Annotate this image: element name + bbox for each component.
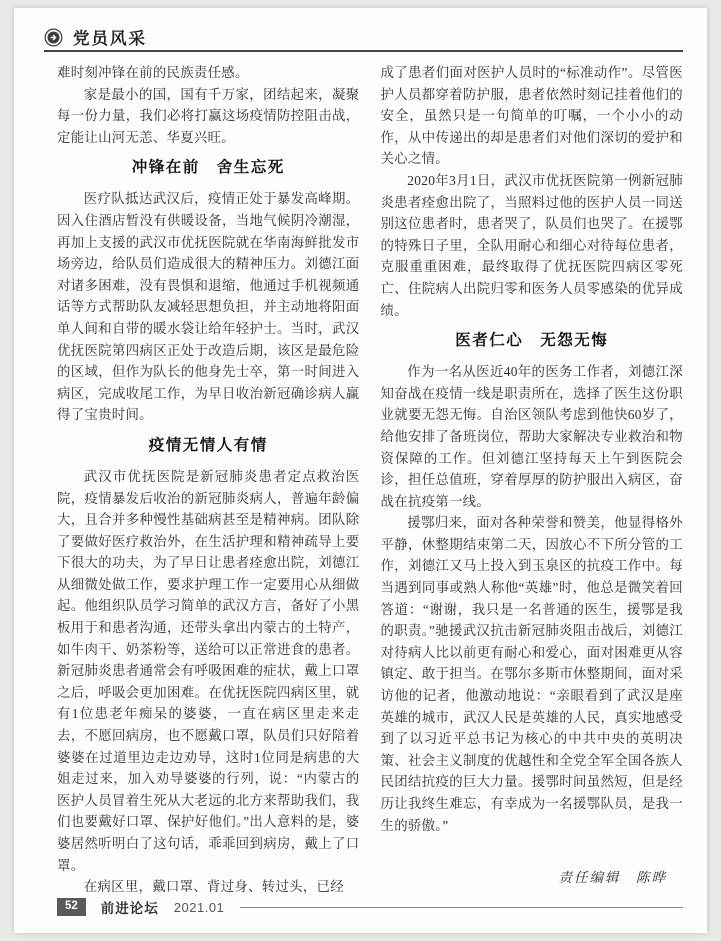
paragraph: 难时刻冲锋在前的民族责任感。: [57, 62, 360, 84]
paragraph: 成了患者们面对医护人员时的“标准动作”。尽管医护人员都穿着防护服，患者依然时刻记…: [381, 62, 684, 170]
paragraph: 家是最小的国，国有千万家，团结起来，凝聚每一份力量，我们必将打赢这场疫情防控阻击…: [57, 84, 360, 149]
magazine-page: 党员风采 难时刻冲锋在前的民族责任感。 家是最小的国，国有千万家，团结起来，凝聚…: [14, 8, 707, 933]
article-column-right: 成了患者们面对医护人员时的“标准动作”。尽管医护人员都穿着防护服，患者依然时刻记…: [381, 62, 684, 887]
paragraph: 武汉市优抚医院是新冠肺炎患者定点救治医院，疫情暴发后收治的新冠肺炎病人，普遍年龄…: [57, 466, 360, 876]
header-rule: [44, 50, 683, 52]
article-column-left: 难时刻冲锋在前的民族责任感。 家是最小的国，国有千万家，团结起来，凝聚每一份力量…: [57, 62, 360, 887]
journal-title: 前进论坛: [101, 897, 159, 917]
paragraph: 援鄂归来，面对各种荣誉和赞美，他显得格外平静，休整期结束第二天，因放心不下所分管…: [381, 512, 684, 836]
footer-rule: [240, 907, 683, 908]
paragraph: 在病区里，戴口罩、背过身、转过头，已经: [57, 876, 360, 898]
section-header: 党员风采: [44, 24, 683, 50]
editor-credit: 责任编辑 陈晔: [381, 866, 684, 886]
section-heading: 冲锋在前 舍生忘死: [57, 156, 360, 180]
page-number-badge: 52: [57, 898, 86, 916]
arrow-right-circle-icon: [44, 28, 63, 47]
page-footer: 52 前进论坛 2021.01: [57, 897, 683, 917]
paragraph: 2020年3月1日，武汉市优抚医院第一例新冠肺炎患者痊愈出院了，当照料过他的医护…: [381, 170, 684, 321]
issue-number: 2021.01: [174, 900, 225, 915]
paragraph: 医疗队抵达武汉后，疫情正处于暴发高峰期。因入住酒店暂没有供暖设备，当地气候阴冷潮…: [57, 188, 360, 426]
section-heading: 医者仁心 无怨无悔: [381, 329, 684, 353]
paragraph: 作为一名从医近40年的医务工作者，刘德江深知奋战在疫情一线是职责所在，选择了医生…: [381, 361, 684, 512]
article-body: 难时刻冲锋在前的民族责任感。 家是最小的国，国有千万家，团结起来，凝聚每一份力量…: [57, 62, 683, 887]
section-label: 党员风采: [73, 25, 147, 49]
section-heading: 疫情无情人有情: [57, 434, 360, 458]
